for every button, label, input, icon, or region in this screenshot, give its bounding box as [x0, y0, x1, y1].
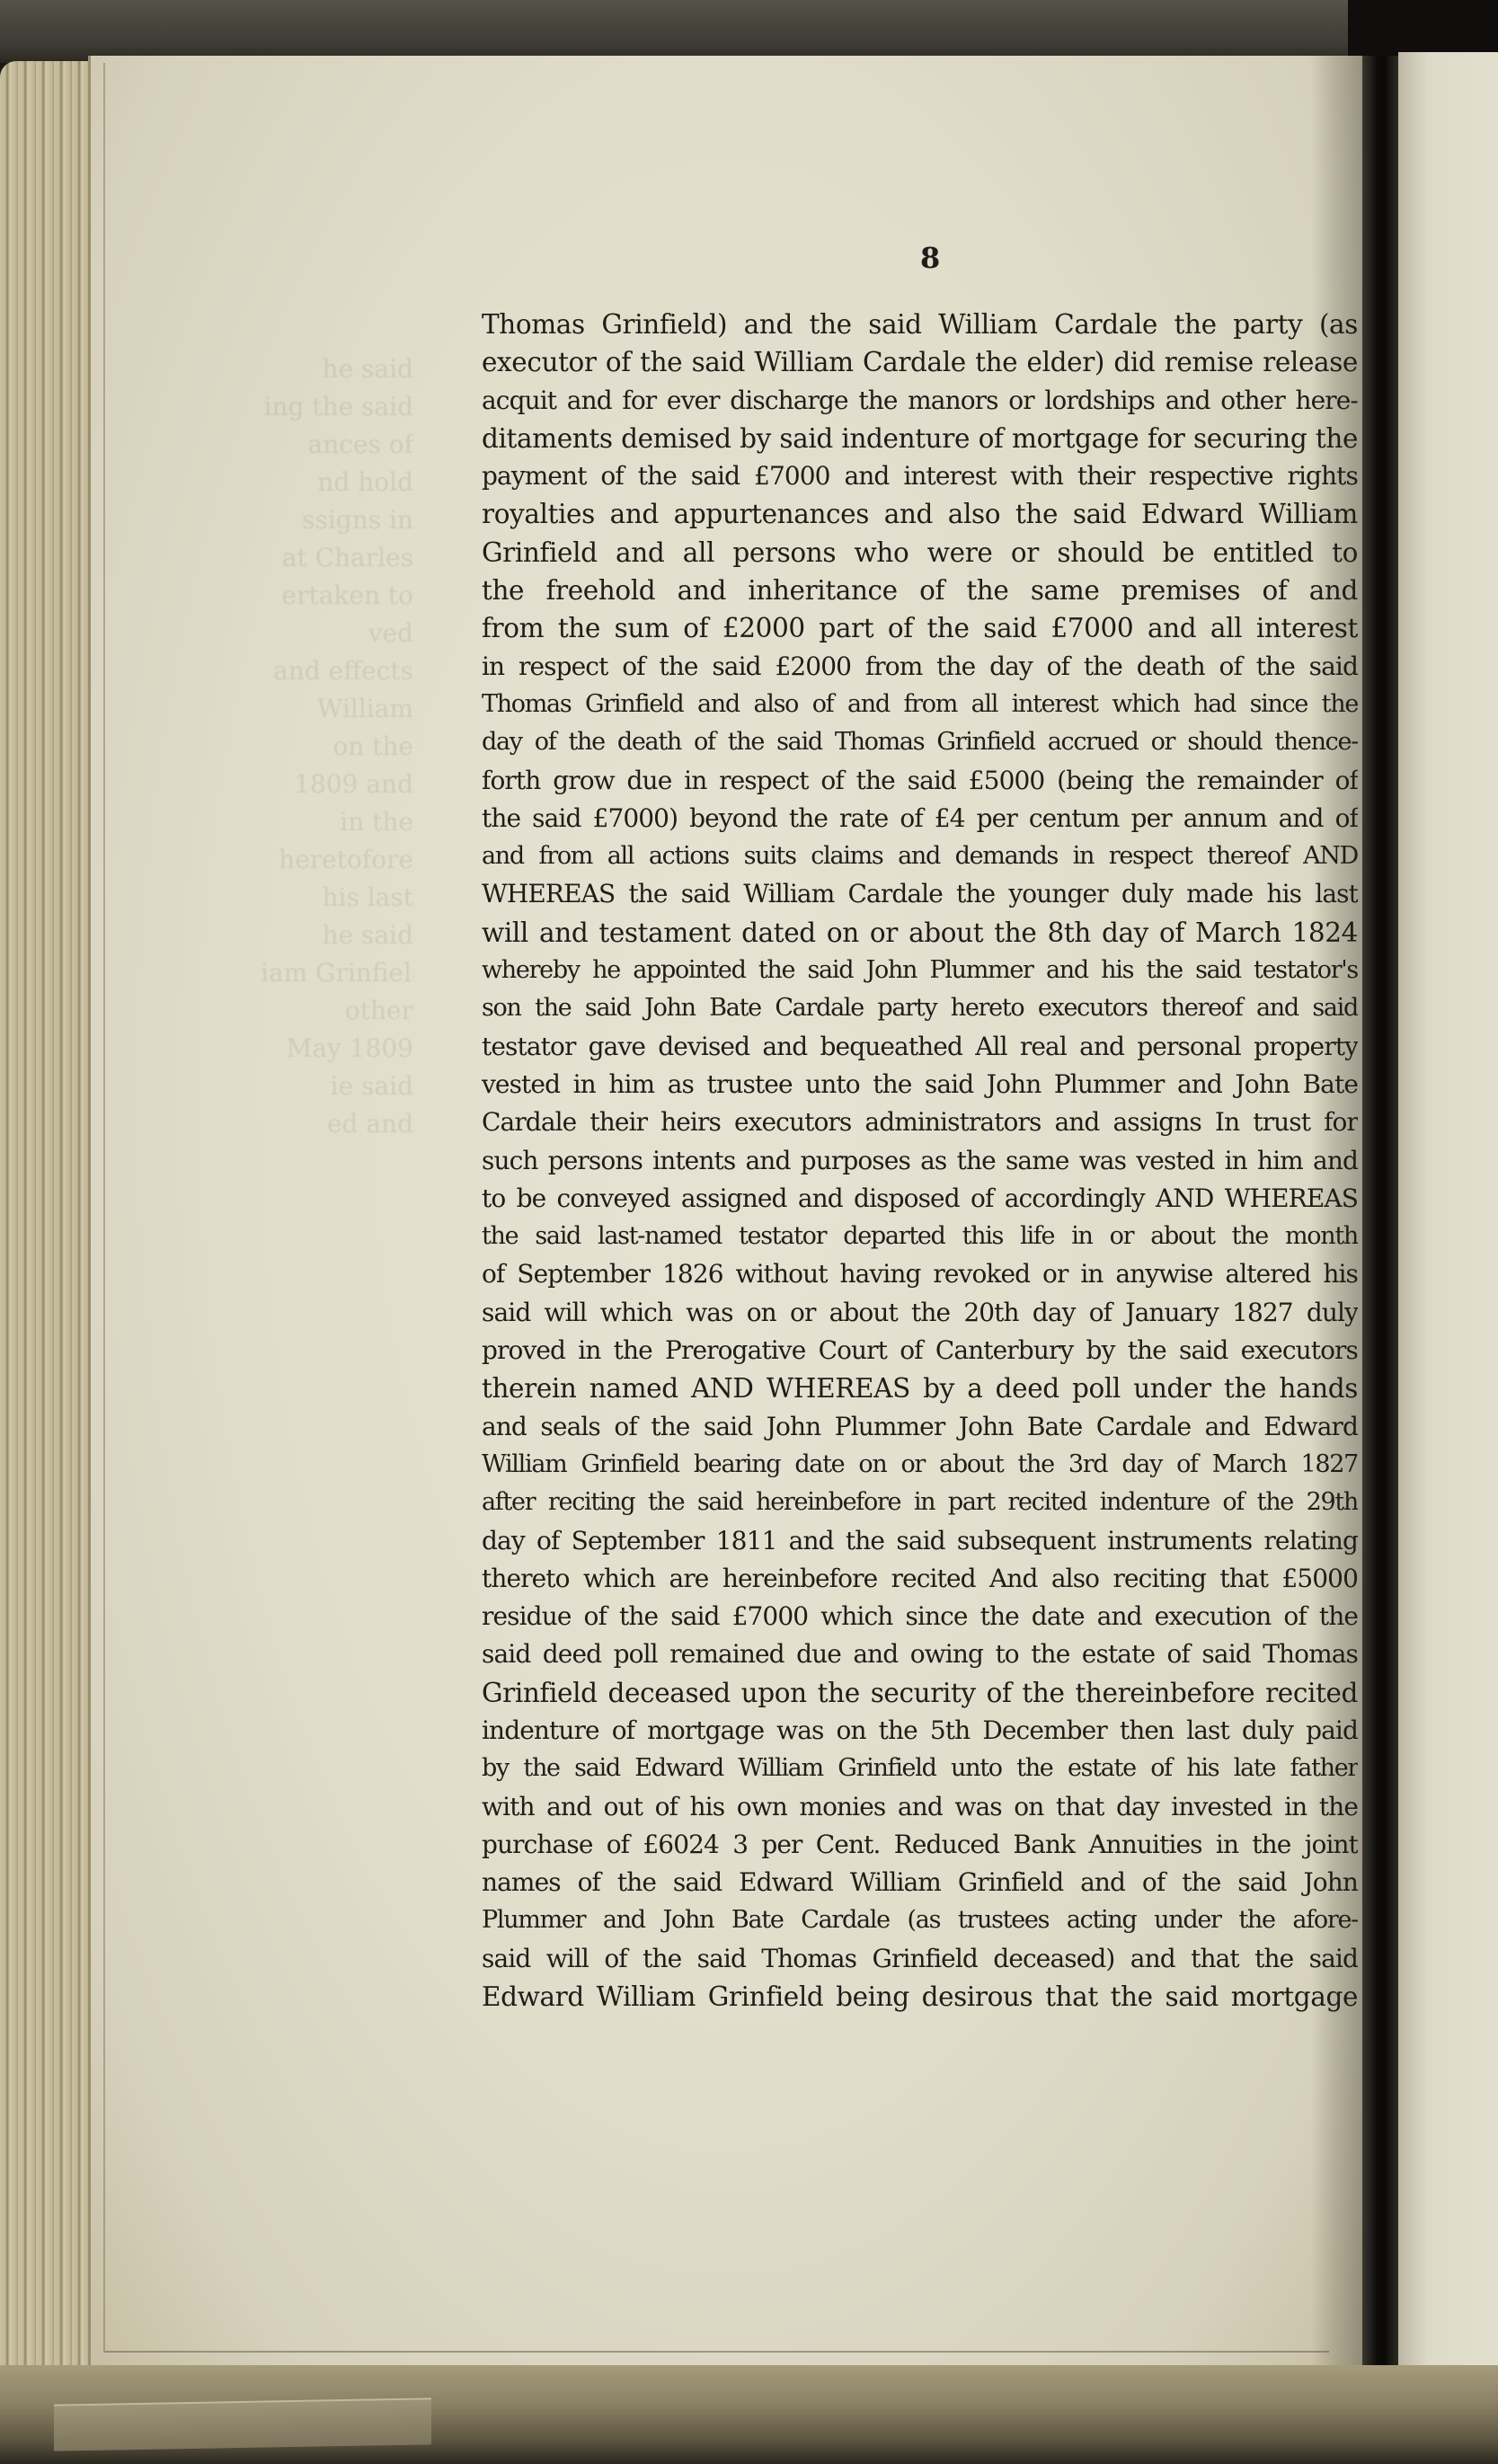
text-line: to be conveyed assigned and disposed of …: [482, 1180, 1358, 1218]
show-through-line: ances of: [261, 426, 413, 464]
show-through-line: other: [261, 992, 413, 1030]
show-through-line: he said: [261, 917, 413, 954]
text-line: WHEREAS the said William Cardale the you…: [482, 875, 1358, 913]
text-line: payment of the said £7000 and interest w…: [482, 457, 1358, 495]
text-line: whereby he appointed the said John Plumm…: [482, 952, 1358, 989]
text-line: names of the said Edward William Grinfie…: [482, 1864, 1358, 1901]
text-line: thereto which are hereinbefore recited A…: [482, 1560, 1358, 1598]
facing-page-edge: [1398, 52, 1498, 2398]
text-line: royalties and appurtenances and also the…: [482, 495, 1358, 533]
text-line: by the said Edward William Grinfield unt…: [482, 1750, 1358, 1787]
text-line: forth grow due in respect of the said £5…: [482, 762, 1358, 800]
text-line: acquit and for ever discharge the manors…: [482, 382, 1358, 420]
text-line: testator gave devised and bequeathed All…: [482, 1028, 1358, 1066]
text-line: will and testament dated on or about the…: [482, 914, 1358, 952]
text-line: indenture of mortgage was on the 5th Dec…: [482, 1712, 1358, 1750]
show-through-line: ie said: [261, 1068, 413, 1105]
text-line: day of the death of the said Thomas Grin…: [482, 723, 1358, 761]
text-line: vested in him as trustee unto the said J…: [482, 1066, 1358, 1103]
text-line: after reciting the said hereinbefore in …: [482, 1484, 1358, 1521]
text-line: Thomas Grinfield) and the said William C…: [482, 306, 1358, 343]
text-line: Edward William Grinfield being desirous …: [482, 1978, 1358, 2016]
text-line: ditaments demised by said indenture of m…: [482, 420, 1358, 457]
text-line: and seals of the said John Plummer John …: [482, 1408, 1358, 1446]
text-line: from the sum of £2000 part of the said £…: [482, 609, 1358, 647]
show-through-line: William: [261, 690, 413, 728]
show-through-line: his last: [261, 879, 413, 917]
text-line: purchase of £6024 3 per Cent. Reduced Ba…: [482, 1826, 1358, 1864]
show-through-line: he said: [261, 350, 413, 388]
show-through-line: in the: [261, 803, 413, 841]
show-through-line: on the: [261, 728, 413, 766]
show-through-line: iam Grinfield: [261, 954, 413, 992]
torn-paper-edge: [54, 2398, 431, 2451]
show-through-text: he saiding the saidances ofnd holdssigns…: [261, 350, 413, 1788]
text-line: said deed poll remained due and owing to…: [482, 1635, 1358, 1673]
text-line: the freehold and inheritance of the same…: [482, 572, 1358, 609]
text-line: executor of the said William Cardale the…: [482, 343, 1358, 381]
show-through-line: at Charles: [261, 539, 413, 577]
text-line: residue of the said £7000 which since th…: [482, 1598, 1358, 1635]
text-line: William Grinfield bearing date on or abo…: [482, 1446, 1358, 1484]
text-line: the said £7000) beyond the rate of £4 pe…: [482, 800, 1358, 838]
text-line: Grinfield deceased upon the security of …: [482, 1674, 1358, 1712]
show-through-line: nd hold: [261, 464, 413, 501]
show-through-line: May 1809: [261, 1030, 413, 1068]
text-line: in respect of the said £2000 from the da…: [482, 648, 1358, 686]
text-line: Grinfield and all persons who were or sh…: [482, 534, 1358, 572]
text-line: said will which was on or about the 20th…: [482, 1294, 1358, 1332]
text-line: son the said John Bate Cardale party her…: [482, 989, 1358, 1027]
text-line: and from all actions suits claims and de…: [482, 838, 1358, 875]
show-through-line: 1809 and: [261, 766, 413, 803]
show-through-line: and effects: [261, 652, 413, 690]
show-through-line: ing the said: [261, 388, 413, 426]
text-line: the said last-named testator departed th…: [482, 1218, 1358, 1255]
show-through-line: ertaken to: [261, 577, 413, 615]
show-through-line: ssigns in: [261, 501, 413, 539]
text-line: such persons intents and purposes as the…: [482, 1142, 1358, 1180]
text-line: therein named AND WHEREAS by a deed poll…: [482, 1369, 1358, 1407]
deed-text-body: Thomas Grinfield) and the said William C…: [482, 306, 1358, 2016]
text-line: proved in the Prerogative Court of Cante…: [482, 1332, 1358, 1369]
text-line: of September 1826 without having revoked…: [482, 1255, 1358, 1293]
text-line: said will of the said Thomas Grinfield d…: [482, 1940, 1358, 1978]
book-gutter: [1362, 56, 1398, 2392]
text-line: day of September 1811 and the said subse…: [482, 1522, 1358, 1560]
text-line: Cardale their heirs executors administra…: [482, 1103, 1358, 1141]
text-line: with and out of his own monies and was o…: [482, 1788, 1358, 1826]
book-top-edge: [0, 0, 1498, 63]
show-through-line: heretofore: [261, 841, 413, 879]
text-line: Thomas Grinfield and also of and from al…: [482, 686, 1358, 723]
page-number: 8: [920, 241, 940, 275]
text-line: Plummer and John Bate Cardale (as truste…: [482, 1901, 1358, 1939]
show-through-line: ved: [261, 615, 413, 652]
show-through-line: ed and: [261, 1105, 413, 1143]
page-stack-edge: [0, 61, 94, 2433]
